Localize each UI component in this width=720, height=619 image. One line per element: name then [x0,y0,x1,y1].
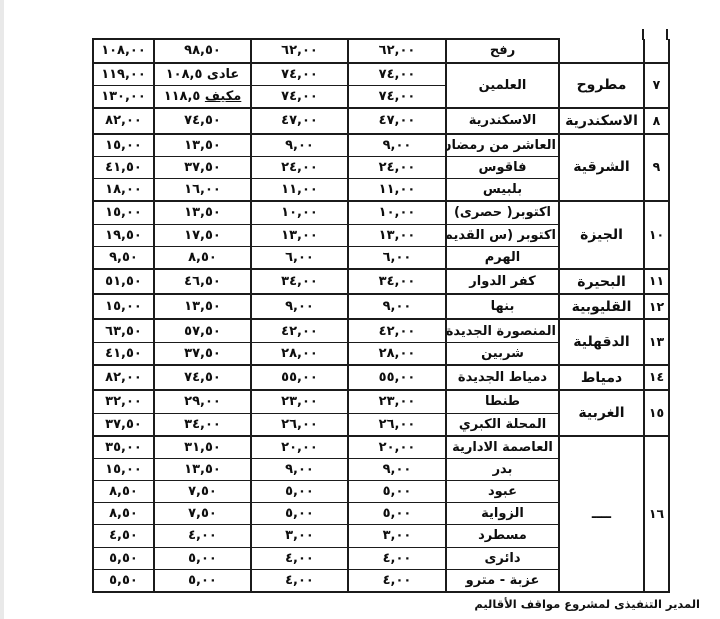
fare-cell: ٦٢,٠٠ [348,39,446,63]
fare-cell: ٦٣,٥٠ [93,319,154,342]
fare-cell: ١٠٨,٠٠ [93,39,154,63]
fare-cell: ١٥,٠٠ [93,459,154,481]
fare-cell: ٨٢,٠٠ [93,365,154,390]
fare-cell: ٥١,٥٠ [93,269,154,294]
city-cell: شربين [446,342,559,365]
fare-cell: ٣٧,٥٠ [154,342,251,365]
scanned-fare-table-page: { "page": { "background_color": "#ffffff… [0,0,720,619]
governorate-cell: الاسكندرية [559,108,644,133]
fare-cell: ٧,٥٠ [154,503,251,525]
governorate-cell: ــــ [559,436,644,592]
city-cell: بلبيس [446,178,559,201]
governorate-cell: الشرقية [559,134,644,202]
table-row: ١٤دمياطدمياط الجديدة٥٥,٠٠٥٥,٠٠٧٤,٥٠٨٢,٠٠ [93,365,669,390]
fare-cell: ٥,٠٠ [251,481,348,503]
fare-cell: ٤,٥٠ [93,525,154,547]
city-cell: المنصورة الجديدة [446,319,559,342]
fare-cell: ٤٢,٠٠ [251,319,348,342]
fare-cell: ٤,٠٠ [251,569,348,592]
fare-cell: ٥,٥٠ [93,547,154,569]
city-cell: الاسكندرية [446,108,559,133]
group-number-cell: ١١ [644,269,669,294]
fare-cell: ٧٤,٥٠ [154,365,251,390]
table-row: ١٦ــــالعاصمة الادارية٢٠,٠٠٢٠,٠٠٣١,٥٠٣٥,… [93,436,669,459]
city-cell: بدر [446,459,559,481]
fare-cell: ٥,٠٠ [348,503,446,525]
governorate-cell: الجيزة [559,201,644,269]
fare-cell: ٣١,٥٠ [154,436,251,459]
fare-table: رفح٦٢,٠٠٦٢,٠٠٩٨,٥٠١٠٨,٠٠٧مطروحالعلمين٧٤,… [92,38,670,593]
city-cell: عزبة - مترو [446,569,559,592]
table-row: ٨الاسكندريةالاسكندرية٤٧,٠٠٤٧,٠٠٧٤,٥٠٨٢,٠… [93,108,669,133]
fare-cell: ٥٥,٠٠ [251,365,348,390]
fare-cell: ١٨,٠٠ [93,178,154,201]
fare-cell: ٧٤,٠٠ [348,85,446,108]
fare-cell: ٨,٥٠ [93,503,154,525]
fare-cell: ٣٥,٠٠ [93,436,154,459]
fare-cell: ١٧,٥٠ [154,224,251,246]
fare-cell: ٤٦,٥٠ [154,269,251,294]
fare-cell: ١٣,٠٠ [251,224,348,246]
fare-cell: ٤١,٥٠ [93,342,154,365]
fare-cell: ٨٢,٠٠ [93,108,154,133]
city-cell: فاقوس [446,156,559,178]
table-row: ١١البحيرةكفر الدوار٣٤,٠٠٣٤,٠٠٤٦,٥٠٥١,٥٠ [93,269,669,294]
fare-cell: ١٠,٠٠ [251,201,348,224]
fare-cell: ٢٦,٠٠ [348,413,446,436]
fare-type-label: مكيف [205,89,241,104]
fare-cell: ٩,٠٠ [251,294,348,319]
fare-cell: ٣٧,٥٠ [93,413,154,436]
fare-cell: ١٣,٥٠ [154,459,251,481]
fare-cell: ٢٠,٠٠ [348,436,446,459]
fare-cell: ٧٤,٠٠ [348,63,446,86]
fare-cell: ٩,٠٠ [251,459,348,481]
footer-signature: المدير التنفيذى لمشروع مواقف الأقاليم [474,597,700,611]
fare-cell: ٤,٠٠ [154,525,251,547]
city-cell: دمياط الجديدة [446,365,559,390]
governorate-cell: دمياط [559,365,644,390]
fare-cell: ٥,٠٠ [154,547,251,569]
city-cell: مسطرد [446,525,559,547]
fare-cell: ٧٤,٠٠ [251,85,348,108]
fare-cell: ٣,٠٠ [251,525,348,547]
fare-cell: ١٣,٥٠ [154,134,251,157]
fare-cell: ١٣,٥٠ [154,201,251,224]
fare-cell: ١٥,٠٠ [93,134,154,157]
fare-cell: ٤٢,٠٠ [348,319,446,342]
fare-cell: ٣٢,٠٠ [93,390,154,413]
fare-cell: ١١٩,٠٠ [93,63,154,86]
fare-cell: ٢٨,٠٠ [348,342,446,365]
group-number-cell: ١٥ [644,390,669,436]
governorate-cell: البحيرة [559,269,644,294]
fare-cell: ٥,٠٠ [348,481,446,503]
fare-cell: ٥٧,٥٠ [154,319,251,342]
fare-table-body: رفح٦٢,٠٠٦٢,٠٠٩٨,٥٠١٠٨,٠٠٧مطروحالعلمين٧٤,… [93,39,669,592]
city-cell: اكتوبر( حصرى) [446,201,559,224]
fare-type-label: عادى [207,67,239,82]
table-row: ١٠الجيزةاكتوبر( حصرى)١٠,٠٠١٠,٠٠١٣,٥٠١٥,٠… [93,201,669,224]
governorate-cell [559,39,644,63]
group-number-cell: ٨ [644,108,669,133]
city-cell: الزواية [446,503,559,525]
fare-cell: ٢٣,٠٠ [251,390,348,413]
group-number-cell: ١٣ [644,319,669,365]
fare-cell: ٣,٠٠ [348,525,446,547]
fare-cell: ١٦,٠٠ [154,178,251,201]
group-number-cell: ٧ [644,63,669,109]
fare-cell: ٤,٠٠ [348,547,446,569]
fare-cell: ١٩,٥٠ [93,224,154,246]
fare-cell: ١١,٠٠ [251,178,348,201]
fare-cell: ٧,٥٠ [154,481,251,503]
fare-cell: ٩,٠٠ [251,134,348,157]
city-cell: كفر الدوار [446,269,559,294]
fare-cell: ١٣٠,٠٠ [93,85,154,108]
fare-cell: ٢٣,٠٠ [348,390,446,413]
city-cell: العلمين [446,63,559,109]
governorate-cell: القليوبية [559,294,644,319]
fare-cell: ٤,٠٠ [251,547,348,569]
governorate-cell: الغربية [559,390,644,436]
table-row: ١٣الدقهليةالمنصورة الجديدة٤٢,٠٠٤٢,٠٠٥٧,٥… [93,319,669,342]
table-row: ٩الشرقيةالعاشر من رمضان٩,٠٠٩,٠٠١٣,٥٠١٥,٠… [93,134,669,157]
city-cell: بنها [446,294,559,319]
city-cell: طنطا [446,390,559,413]
fare-cell: ١٣,٠٠ [348,224,446,246]
fare-cell: ٨,٥٠ [154,246,251,269]
fare-cell: ٢٩,٠٠ [154,390,251,413]
city-cell: عبود [446,481,559,503]
table-row: ١٥الغربيةطنطا٢٣,٠٠٢٣,٠٠٢٩,٠٠٣٢,٠٠ [93,390,669,413]
city-cell: العاشر من رمضان [446,134,559,157]
fare-cell: ٩,٠٠ [348,134,446,157]
fare-cell: ٧٤,٥٠ [154,108,251,133]
fare-cell: ١٥,٠٠ [93,201,154,224]
fare-cell: ٥,٥٠ [93,569,154,592]
city-cell: دائرى [446,547,559,569]
fare-cell: ١١,٠٠ [348,178,446,201]
fare-cell: ٣٤,٠٠ [251,269,348,294]
group-number-cell: ١٠ [644,201,669,269]
fare-cell: ٦,٠٠ [251,246,348,269]
city-cell: اكتوبر (س القديم) [446,224,559,246]
governorate-cell: الدقهلية [559,319,644,365]
fare-cell: عادى ١٠٨,٥ [154,63,251,86]
fare-cell: ٢٦,٠٠ [251,413,348,436]
city-cell: العاصمة الادارية [446,436,559,459]
group-number-cell: ١٦ [644,436,669,592]
fare-cell: ٤١,٥٠ [93,156,154,178]
fare-cell: ٦٢,٠٠ [251,39,348,63]
fare-cell: ١٥,٠٠ [93,294,154,319]
fare-cell: ٩,٠٠ [348,294,446,319]
city-cell: المحلة الكبري [446,413,559,436]
table-row: رفح٦٢,٠٠٦٢,٠٠٩٨,٥٠١٠٨,٠٠ [93,39,669,63]
group-number-cell: ١٢ [644,294,669,319]
table-row: ١٢القليوبيةبنها٩,٠٠٩,٠٠١٣,٥٠١٥,٠٠ [93,294,669,319]
fare-cell: ٢٤,٠٠ [348,156,446,178]
city-cell: رفح [446,39,559,63]
fare-cell: ١٠,٠٠ [348,201,446,224]
governorate-cell: مطروح [559,63,644,109]
fare-cell: ٢٨,٠٠ [251,342,348,365]
table-row: ٧مطروحالعلمين٧٤,٠٠٧٤,٠٠عادى ١٠٨,٥١١٩,٠٠ [93,63,669,86]
fare-cell: ٣٤,٠٠ [154,413,251,436]
fare-cell: ٣٧,٥٠ [154,156,251,178]
group-number-cell [644,39,669,63]
fare-cell: ٢٤,٠٠ [251,156,348,178]
fare-cell: ٥,٠٠ [251,503,348,525]
fare-cell: ٧٤,٠٠ [251,63,348,86]
fare-cell: ٥٥,٠٠ [348,365,446,390]
fare-cell: ٣٤,٠٠ [348,269,446,294]
fare-cell: ٦,٠٠ [348,246,446,269]
city-cell: الهرم [446,246,559,269]
fare-cell: ٤,٠٠ [348,569,446,592]
fare-cell: ٤٧,٠٠ [348,108,446,133]
group-number-cell: ١٤ [644,365,669,390]
fare-cell: ٩,٠٠ [348,459,446,481]
fare-cell: ٢٠,٠٠ [251,436,348,459]
fare-cell: ٥,٠٠ [154,569,251,592]
fare-cell: مكيف ١١٨,٥ [154,85,251,108]
fare-cell: ٩٨,٥٠ [154,39,251,63]
fare-cell: ٤٧,٠٠ [251,108,348,133]
fare-cell: ٨,٥٠ [93,481,154,503]
fare-cell: ٩,٥٠ [93,246,154,269]
scan-edge-artifact [0,0,4,619]
group-number-cell: ٩ [644,134,669,202]
fare-cell: ١٣,٥٠ [154,294,251,319]
